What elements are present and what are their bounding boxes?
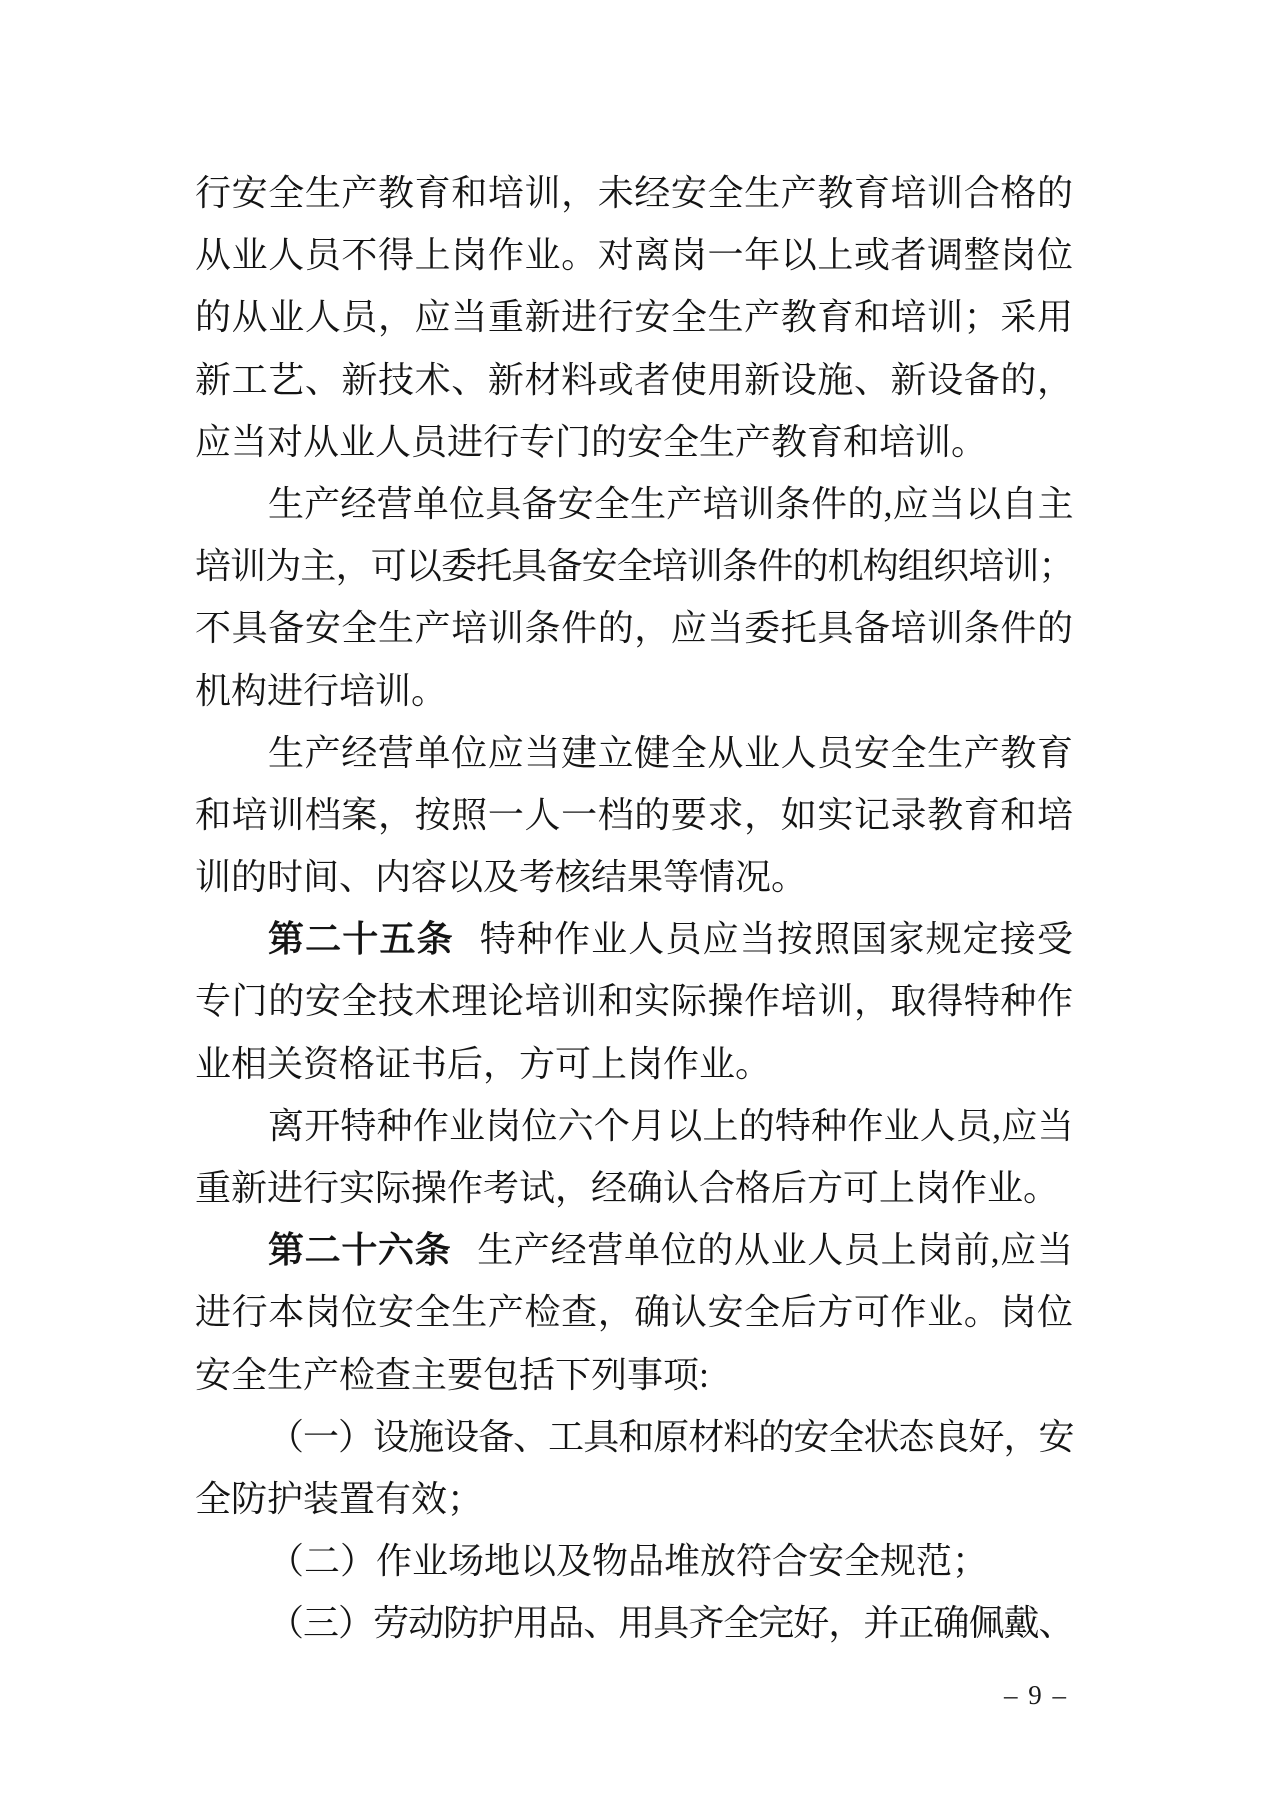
article-25-text: 特种作业人员应当按照国家规定接受 [480, 919, 1073, 959]
page-number: – 9 – [1004, 1680, 1068, 1711]
doc-line: 业相关资格证书后，方可上岗作业。 [195, 1033, 1073, 1095]
doc-line: 离开特种作业岗位六个月以上的特种作业人员,应当 [195, 1095, 1073, 1157]
article-25-heading: 第二十五条 [268, 918, 454, 959]
doc-line: 机构进行培训。 [195, 660, 1073, 722]
doc-line: 新工艺、新技术、新材料或者使用新设施、新设备的， [195, 349, 1073, 411]
doc-line: 全防护装置有效； [195, 1468, 1073, 1530]
doc-line: 培训为主，可以委托具备安全培训条件的机构组织培训； [195, 535, 1073, 597]
doc-line: 进行本岗位安全生产检查，确认安全后方可作业。岗位 [195, 1281, 1073, 1343]
article-26-text: 生产经营单位的从业人员上岗前,应当 [477, 1230, 1073, 1270]
doc-line: 的从业人员，应当重新进行安全生产教育和培训；采用 [195, 286, 1073, 348]
doc-line-article-25: 第二十五条特种作业人员应当按照国家规定接受 [195, 908, 1073, 970]
text-block: 行安全生产教育和培训，未经安全生产教育培训合格的 从业人员不得上岗作业。对离岗一… [195, 162, 1073, 1655]
doc-line: 训的时间、内容以及考核结果等情况。 [195, 846, 1073, 908]
doc-line: 应当对从业人员进行专门的安全生产教育和培训。 [195, 411, 1073, 473]
doc-line-item-1: （一）设施设备、工具和原材料的安全状态良好，安 [195, 1406, 1073, 1468]
doc-line: 行安全生产教育和培训，未经安全生产教育培训合格的 [195, 162, 1073, 224]
document-page: 行安全生产教育和培训，未经安全生产教育培训合格的 从业人员不得上岗作业。对离岗一… [0, 0, 1280, 1812]
doc-line: 安全生产检查主要包括下列事项: [195, 1344, 1073, 1406]
doc-line: 专门的安全技术理论培训和实际操作培训，取得特种作 [195, 970, 1073, 1032]
article-26-heading: 第二十六条 [268, 1229, 451, 1270]
doc-line: 从业人员不得上岗作业。对离岗一年以上或者调整岗位 [195, 224, 1073, 286]
doc-line: 生产经营单位应当建立健全从业人员安全生产教育 [195, 722, 1073, 784]
doc-line-item-3: （三）劳动防护用品、用具齐全完好，并正确佩戴、 [195, 1592, 1073, 1654]
doc-line: 重新进行实际操作考试，经确认合格后方可上岗作业。 [195, 1157, 1073, 1219]
doc-line: 生产经营单位具备安全生产培训条件的,应当以自主 [195, 473, 1073, 535]
doc-line-article-26: 第二十六条生产经营单位的从业人员上岗前,应当 [195, 1219, 1073, 1281]
doc-line: 和培训档案，按照一人一档的要求，如实记录教育和培 [195, 784, 1073, 846]
doc-line-item-2: （二）作业场地以及物品堆放符合安全规范； [195, 1530, 1073, 1592]
doc-line: 不具备安全生产培训条件的，应当委托具备培训条件的 [195, 597, 1073, 659]
